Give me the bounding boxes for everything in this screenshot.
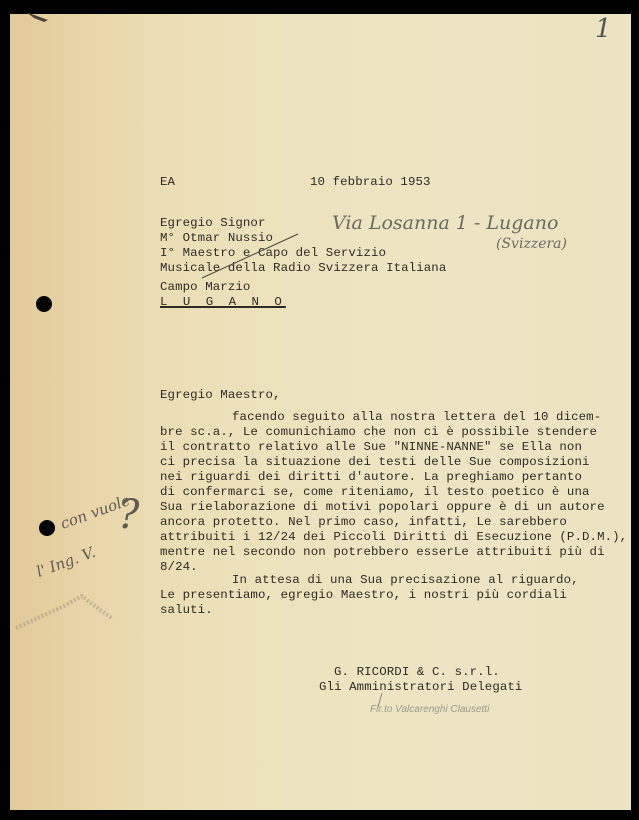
company-name: G. RICORDI & C. s.r.l. [334, 665, 500, 680]
initials: EA [160, 175, 175, 190]
margin-note-line2: l' Ing. V. [34, 543, 98, 581]
punch-hole [36, 296, 52, 312]
body-line: attribuiti i 12/24 dei Piccoli Diritti d… [160, 530, 627, 545]
body-line: di confermarci se, come riteniamo, il te… [160, 485, 590, 500]
corner-fold-mark [24, 10, 54, 30]
signatory-role: Gli Amministratori Delegati [319, 680, 522, 695]
body-line: In attesa di una Sua precisazione al rig… [232, 573, 579, 588]
body-line: ci precisa la situazione dei testi delle… [160, 455, 590, 470]
recipient-city: L U G A N O [160, 295, 286, 310]
letter-date: 10 febbraio 1953 [310, 175, 431, 190]
recipient-salutation: Egregio Signor [160, 216, 266, 231]
question-mark: ? [118, 492, 139, 538]
greeting: Egregio Maestro, [160, 388, 281, 403]
letter-page: 1 EA 10 febbraio 1953 Egregio Signor M° … [10, 14, 631, 810]
signature-stamp: Fir.to Valcarenghi Clausetti [370, 704, 489, 715]
body-line: nei riguardi dei diritti d'autore. La pr… [160, 470, 582, 485]
body-line: mentre nel secondo non potrebbero esserL… [160, 545, 605, 560]
page-number: 1 [595, 14, 612, 44]
pencil-smudge [12, 584, 122, 634]
body-line: ancora protetto. Nel primo caso, infatti… [160, 515, 567, 530]
body-line: Le presentiamo, egregio Maestro, i nostr… [160, 588, 567, 603]
body-line: bre sc.a., Le comunichiamo che non ci è … [160, 425, 597, 440]
body-line: saluti. [160, 603, 213, 618]
recipient-street: Campo Marzio [160, 280, 250, 295]
handwritten-address-line1: Via Losanna 1 - Lugano [332, 212, 558, 234]
body-line: il contratto relativo alle Sue "NINNE-NA… [160, 440, 582, 455]
body-line: 8/24. [160, 560, 198, 575]
strike-through-line [200, 232, 300, 280]
punch-hole [39, 520, 55, 536]
body-line: facendo seguito alla nostra lettera del … [232, 410, 601, 425]
body-line: Sua rielaborazione di motivi popolari op… [160, 500, 605, 515]
handwritten-address-line2: (Svizzera) [496, 236, 567, 252]
